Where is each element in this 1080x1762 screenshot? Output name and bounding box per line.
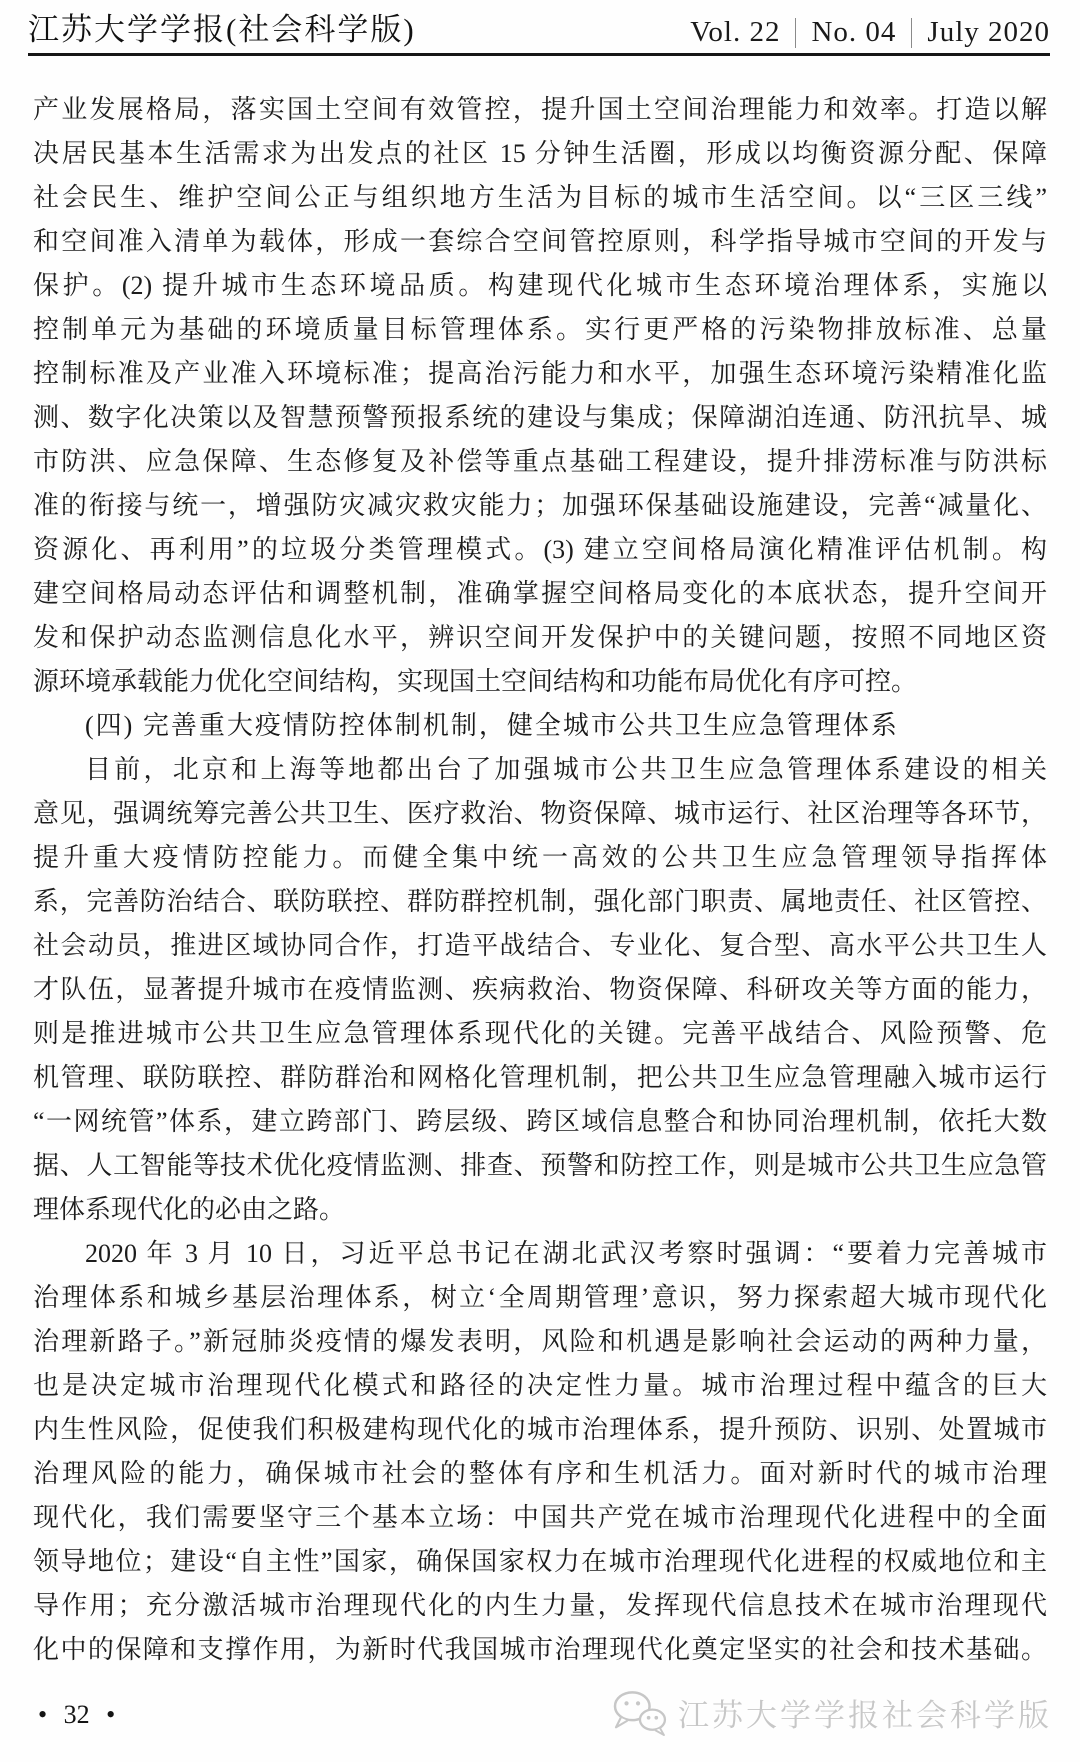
- text-line: 治理风险的能力，确保城市社会的整体有序和生机活力。面对新时代的城市治理: [33, 1452, 1047, 1496]
- text-line: 也是决定城市治理现代化模式和路径的决定性力量。城市治理过程中蕴含的巨大: [33, 1364, 1047, 1408]
- journal-title: 江苏大学学报(社会科学版): [28, 4, 416, 49]
- text-line: 测、数字化决策以及智慧预警预报系统的建设与集成；保障湖泊连通、防汛抗旱、城: [33, 396, 1047, 440]
- section-heading: (四) 完善重大疫情防控体制机制，健全城市公共卫生应急管理体系: [33, 704, 1047, 748]
- text-line: 源环境承载能力优化空间结构，实现国土空间结构和功能布局优化有序可控。: [33, 660, 1047, 704]
- text-line: 系，完善防治结合、联防联控、群防群控机制，强化部门职责、属地责任、社区管控、: [33, 880, 1047, 924]
- text-line: 控制单元为基础的环境质量目标管理体系。实行更严格的污染物排放标准、总量: [33, 308, 1047, 352]
- text-line: 控制标准及产业准入环境标准；提高治污能力和水平，加强生态环境污染精准化监: [33, 352, 1047, 396]
- text-line: 治理体系和城乡基层治理体系，树立‘全周期管理’意识，努力探索超大城市现代化: [33, 1276, 1047, 1320]
- text-line: 理体系现代化的必由之路。: [33, 1188, 1047, 1232]
- text-line: 导作用；充分激活城市治理现代化的内生力量，发挥现代信息技术在城市治理现代: [33, 1584, 1047, 1628]
- text-line: 产业发展格局，落实国土空间有效管控，提升国土空间治理能力和效率。打造以解: [33, 88, 1047, 132]
- issue-number-label: No. 04: [811, 16, 896, 49]
- text-line: 决居民基本生活需求为出发点的社区 15 分钟生活圈，形成以均衡资源分配、保障: [33, 132, 1047, 176]
- separator-bar: [795, 18, 796, 48]
- text-line: 2020 年 3 月 10 日，习近平总书记在湖北武汉考察时强调：“要着力完善城…: [33, 1232, 1047, 1276]
- watermark-text: 江苏大学学报社会科学版: [678, 1690, 1052, 1735]
- journal-page: 江苏大学学报(社会科学版) Vol. 22 No. 04 July 2020 产…: [0, 0, 1080, 1762]
- text-line: 目前，北京和上海等地都出台了加强城市公共卫生应急管理体系建设的相关: [33, 748, 1047, 792]
- text-line: 意见，强调统筹完善公共卫生、医疗救治、物资保障、城市运行、社区治理等各环节，: [33, 792, 1047, 836]
- text-line: 现代化，我们需要坚守三个基本立场：中国共产党在城市治理现代化进程中的全面: [33, 1496, 1047, 1540]
- text-line: 则是推进城市公共卫生应急管理体系现代化的关键。完善平战结合、风险预警、危: [33, 1012, 1047, 1056]
- volume-label: Vol. 22: [690, 16, 780, 49]
- body-text: 产业发展格局，落实国土空间有效管控，提升国土空间治理能力和效率。打造以解决居民基…: [33, 88, 1047, 1672]
- text-line: 建空间格局动态评估和调整机制，准确掌握空间格局变化的本底状态，提升空间开: [33, 572, 1047, 616]
- text-line: 市防洪、应急保障、生态修复及补偿等重点基础工程建设，提升排涝标准与防洪标: [33, 440, 1047, 484]
- page-header: 江苏大学学报(社会科学版) Vol. 22 No. 04 July 2020: [28, 0, 1050, 56]
- issue-date-label: July 2020: [927, 16, 1050, 49]
- text-line: 社会民生、维护空间公正与组织地方生活为目标的城市生活空间。以“三区三线”: [33, 176, 1047, 220]
- text-line: 社会动员，推进区域协同合作，打造平战结合、专业化、复合型、高水平公共卫生人: [33, 924, 1047, 968]
- text-line: 据、人工智能等技术优化疫情监测、排查、预警和防控工作，则是城市公共卫生应急管: [33, 1144, 1047, 1188]
- text-line: 才队伍，显著提升城市在疫情监测、疾病救治、物资保障、科研攻关等方面的能力，: [33, 968, 1047, 1012]
- text-line: 和空间准入清单为载体，形成一套综合空间管控原则，科学指导城市空间的开发与: [33, 220, 1047, 264]
- text-line: 领导地位；建设“自主性”国家，确保国家权力在城市治理现代化进程的权威地位和主: [33, 1540, 1047, 1584]
- page-number: • 32 •: [38, 1700, 115, 1730]
- text-line: 内生性风险，促使我们积极建构现代化的城市治理体系，提升预防、识别、处置城市: [33, 1408, 1047, 1452]
- wechat-icon: [610, 1688, 668, 1736]
- separator-bar: [911, 18, 912, 48]
- text-line: 化中的保障和支撑作用，为新时代我国城市治理现代化奠定坚实的社会和技术基础。: [33, 1628, 1047, 1672]
- text-line: 保护。(2) 提升城市生态环境品质。构建现代化城市生态环境治理体系，实施以: [33, 264, 1047, 308]
- text-line: 提升重大疫情防控能力。而健全集中统一高效的公共卫生应急管理领导指挥体: [33, 836, 1047, 880]
- watermark: 江苏大学学报社会科学版: [610, 1688, 1052, 1736]
- text-line: “一网统管”体系，建立跨部门、跨层级、跨区域信息整合和协同治理机制，依托大数: [33, 1100, 1047, 1144]
- text-line: 资源化、再利用”的垃圾分类管理模式。(3) 建立空间格局演化精准评估机制。构: [33, 528, 1047, 572]
- text-line: 治理新路子。”新冠肺炎疫情的爆发表明，风险和机遇是影响社会运动的两种力量，: [33, 1320, 1047, 1364]
- text-line: 准的衔接与统一，增强防灾减灾救灾能力；加强环保基础设施建设，完善“减量化、: [33, 484, 1047, 528]
- text-line: 机管理、联防联控、群防群治和网格化管理机制，把公共卫生应急管理融入城市运行: [33, 1056, 1047, 1100]
- issue-info: Vol. 22 No. 04 July 2020: [690, 16, 1050, 49]
- text-line: 发和保护动态监测信息化水平，辨识空间开发保护中的关键问题，按照不同地区资: [33, 616, 1047, 660]
